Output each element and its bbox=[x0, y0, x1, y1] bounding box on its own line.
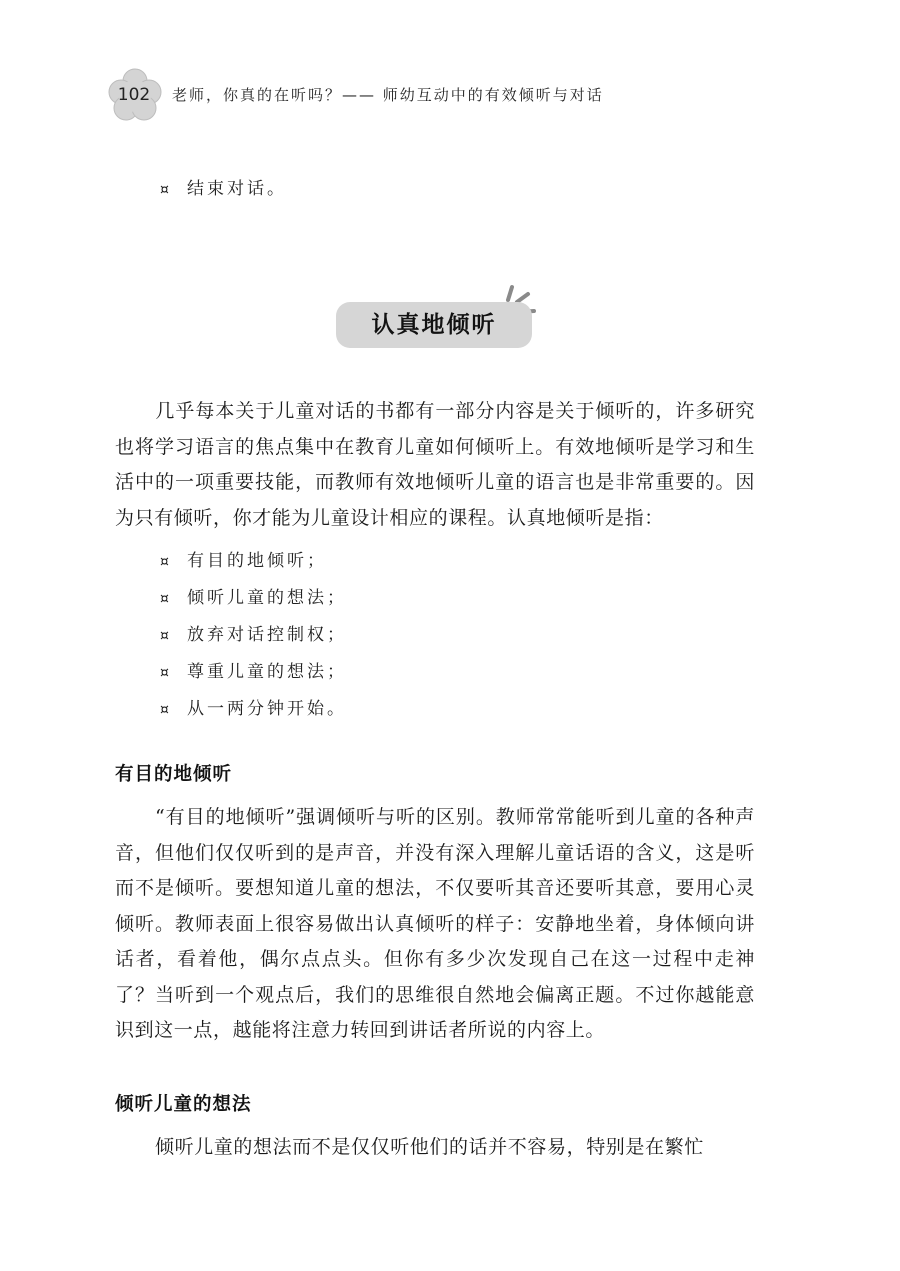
section-title: 认真地倾听 bbox=[336, 302, 532, 348]
subsection-paragraph-text: 倾听儿童的想法而不是仅仅听他们的话并不容易，特别是在繁忙 bbox=[155, 1136, 704, 1158]
intro-paragraph-text: 几乎每本关于儿童对话的书都有一部分内容是关于倾听的，许多研究也将学习语言的焦点集… bbox=[115, 400, 755, 529]
subsection-heading: 有目的地倾听 bbox=[115, 760, 232, 786]
list-item: ¤结束对话。 bbox=[160, 174, 287, 199]
subsection-paragraph: 倾听儿童的想法而不是仅仅听他们的话并不容易，特别是在繁忙 bbox=[115, 1130, 755, 1166]
bullet-icon: ¤ bbox=[160, 628, 187, 644]
list-item: ¤有目的地倾听； bbox=[160, 546, 327, 571]
subsection-heading: 倾听儿童的想法 bbox=[115, 1090, 252, 1116]
subsection-paragraph: “有目的地倾听”强调倾听与听的区别。教师常常能听到儿童的各种声音，但他们仅仅听到… bbox=[115, 800, 755, 1049]
bullet-icon: ¤ bbox=[160, 665, 187, 681]
list-item: ¤放弃对话控制权； bbox=[160, 620, 347, 645]
list-item-text: 倾听儿童的想法； bbox=[187, 588, 347, 608]
running-header: 102 老师，你真的在听吗？—— 师幼互动中的有效倾听与对话 bbox=[108, 68, 708, 122]
intro-paragraph: 几乎每本关于儿童对话的书都有一部分内容是关于倾听的，许多研究也将学习语言的焦点集… bbox=[115, 394, 755, 536]
page-number: 102 bbox=[108, 68, 160, 122]
list-item-text: 结束对话。 bbox=[187, 179, 287, 199]
bullet-icon: ¤ bbox=[160, 182, 187, 198]
section-title-badge: 认真地倾听 bbox=[336, 302, 532, 348]
list-item: ¤尊重儿童的想法； bbox=[160, 657, 347, 682]
running-title: 老师，你真的在听吗？—— 师幼互动中的有效倾听与对话 bbox=[172, 84, 604, 105]
list-item: ¤从一两分钟开始。 bbox=[160, 694, 347, 719]
list-item-text: 放弃对话控制权； bbox=[187, 625, 347, 645]
bullet-icon: ¤ bbox=[160, 591, 187, 607]
subsection-paragraph-text: “有目的地倾听”强调倾听与听的区别。教师常常能听到儿童的各种声音，但他们仅仅听到… bbox=[115, 806, 755, 1041]
list-item-text: 有目的地倾听； bbox=[187, 551, 327, 571]
list-item-text: 从一两分钟开始。 bbox=[187, 699, 347, 719]
bullet-icon: ¤ bbox=[160, 554, 187, 570]
bullet-icon: ¤ bbox=[160, 702, 187, 718]
list-item-text: 尊重儿童的想法； bbox=[187, 662, 347, 682]
list-item: ¤倾听儿童的想法； bbox=[160, 583, 347, 608]
